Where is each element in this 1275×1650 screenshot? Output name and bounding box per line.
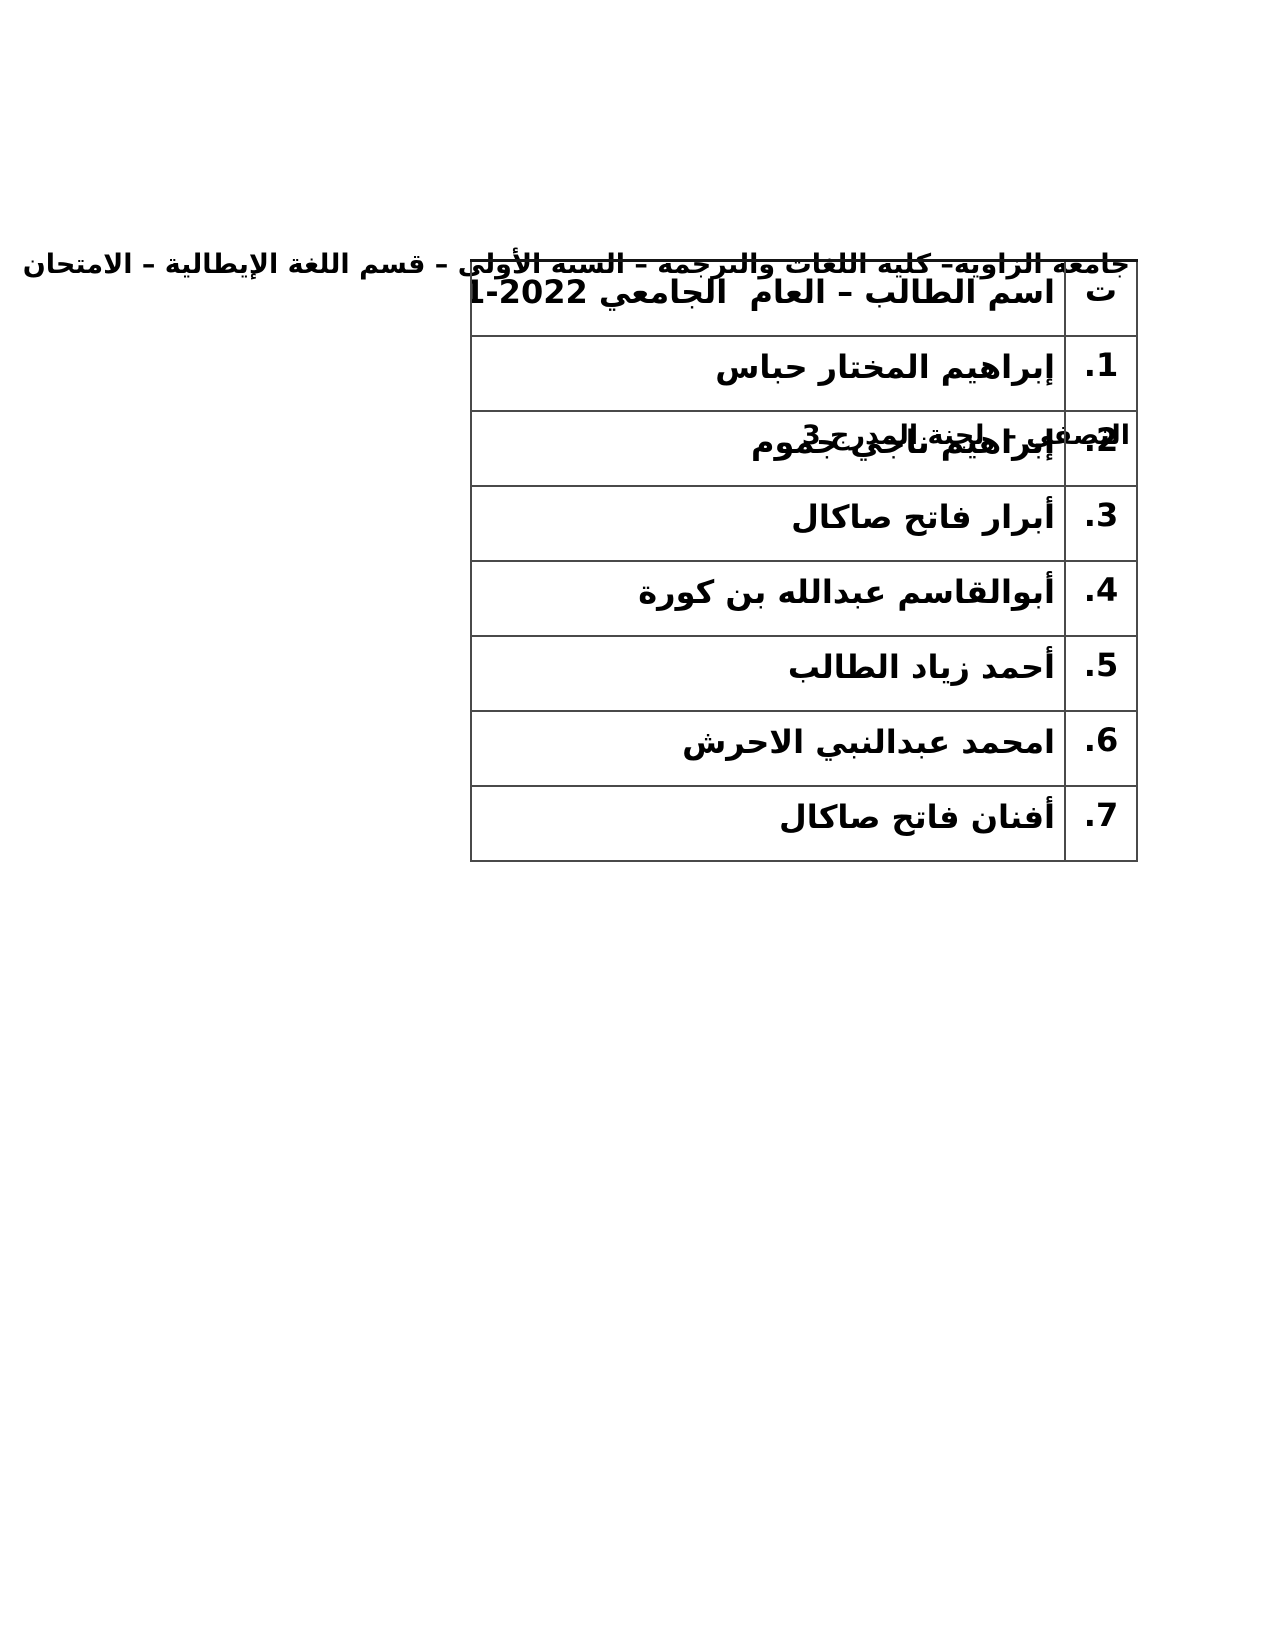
table-row: 5. أحمد زياد الطالب: [471, 636, 1137, 711]
row-number: 7.: [1065, 786, 1137, 861]
student-name: أحمد زياد الطالب: [471, 636, 1065, 711]
table-row: 1. إبراهيم المختار حباس: [471, 336, 1137, 411]
row-number: 1.: [1065, 336, 1137, 411]
row-number: 5.: [1065, 636, 1137, 711]
students-table: ت اسم الطالب – العام الجامعي 2022-2021 1…: [470, 259, 1138, 862]
table-row: 4. أبوالقاسم عبدالله بن كورة: [471, 561, 1137, 636]
row-number: 3.: [1065, 486, 1137, 561]
table-header-index: ت: [1065, 261, 1137, 337]
row-number: 2.: [1065, 411, 1137, 486]
student-name: أبرار فاتح صاكال: [471, 486, 1065, 561]
row-number: 4.: [1065, 561, 1137, 636]
table-row: 7. أفنان فاتح صاكال: [471, 786, 1137, 861]
table-row: 6. امحمد عبدالنبي الاحرش: [471, 711, 1137, 786]
row-number: 6.: [1065, 711, 1137, 786]
student-name: إبراهيم المختار حباس: [471, 336, 1065, 411]
student-name: أفنان فاتح صاكال: [471, 786, 1065, 861]
table-header-name: اسم الطالب – العام الجامعي 2022-2021: [471, 261, 1065, 337]
student-name: أبوالقاسم عبدالله بن كورة: [471, 561, 1065, 636]
table-row: 2. إبراهيم ناجي جموم: [471, 411, 1137, 486]
student-name: امحمد عبدالنبي الاحرش: [471, 711, 1065, 786]
document-page: جامعة الزاوية– كلية اللغات والترجمة – ال…: [0, 0, 1275, 1650]
table-row: 3. أبرار فاتح صاكال: [471, 486, 1137, 561]
table-header-row: ت اسم الطالب – العام الجامعي 2022-2021: [471, 261, 1137, 337]
student-name: إبراهيم ناجي جموم: [471, 411, 1065, 486]
